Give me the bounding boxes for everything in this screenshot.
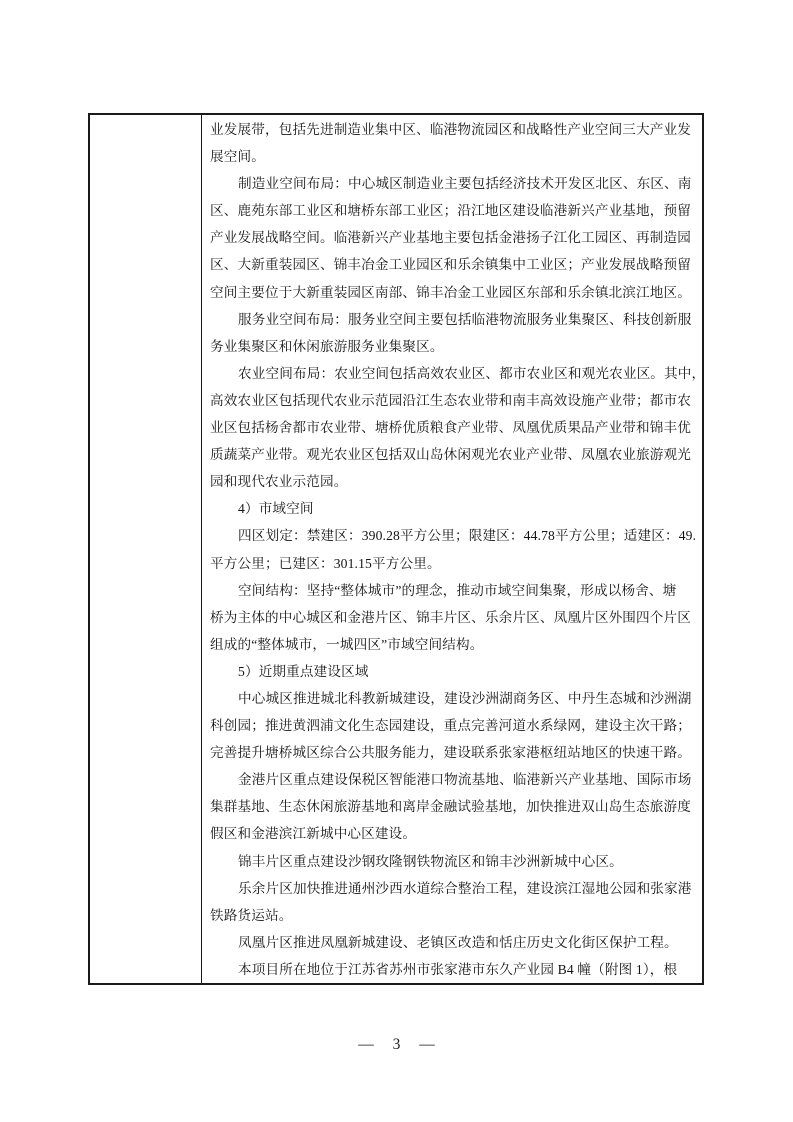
text-line: 乐余片区加快推进通州沙西水道综合整治工程，建设滨江湿地公园和张家港 [210, 875, 695, 902]
text-line: 4）市域空间 [210, 495, 695, 522]
text-line: 平方公里；已建区：301.15平方公里。 [210, 550, 695, 577]
text-line: 组成的“整体城市，一城四区”市域空间结构。 [210, 631, 695, 658]
text-line: 高效农业区包括现代农业示范园沿江生态农业带和南丰高效设施产业带；都市农 [210, 387, 695, 414]
text-line: 产业发展战略空间。临港新兴产业基地主要包括金港扬子江化工园区、再制造园 [210, 224, 695, 251]
page-footer: — 3 — [0, 1036, 793, 1054]
text-line: 业区包括杨舍都市农业带、塘桥优质粮食产业带、凤凰优质果品产业带和锦丰优 [210, 414, 695, 441]
text-line: 园和现代农业示范园。 [210, 468, 695, 495]
text-line: 空间结构：坚持“整体城市”的理念，推动市域空间集聚，形成以杨舍、塘 [210, 577, 695, 604]
text-line: 科创园；推进黄泗浦文化生态园建设，重点完善河道水系绿网，建设主次干路； [210, 712, 695, 739]
text-line: 区、鹿苑东部工业区和塘桥东部工业区；沿江地区建设临港新兴产业基地，预留 [210, 197, 695, 224]
table-left-cell [90, 115, 202, 983]
document-page: 业发展带，包括先进制造业集中区、临港物流园区和战略性产业空间三大产业发展空间。制… [0, 0, 793, 1122]
text-line: 农业空间布局：农业空间包括高效农业区、都市农业区和观光农业区。其中， [210, 360, 695, 387]
text-line: 业发展带，包括先进制造业集中区、临港物流园区和战略性产业空间三大产业发 [210, 116, 695, 143]
text-line: 服务业空间布局：服务业空间主要包括临港物流服务业集聚区、科技创新服 [210, 306, 695, 333]
page-number: — 3 — [358, 1036, 435, 1053]
text-line: 桥为主体的中心城区和金港片区、锦丰片区、乐余片区、凤凰片区外围四个片区 [210, 604, 695, 631]
text-line: 务业集聚区和休闲旅游服务业集聚区。 [210, 333, 695, 360]
text-line: 锦丰片区重点建设沙钢玫隆钢铁物流区和锦丰沙洲新城中心区。 [210, 848, 695, 875]
text-line: 凤凰片区推进凤凰新城建设、老镇区改造和恬庄历史文化街区保护工程。 [210, 929, 695, 956]
text-line: 铁路货运站。 [210, 902, 695, 929]
text-line: 本项目所在地位于江苏省苏州市张家港市东久产业园 B4 幢（附图 1），根 [210, 956, 695, 983]
content-lines: 业发展带，包括先进制造业集中区、临港物流园区和战略性产业空间三大产业发展空间。制… [210, 116, 695, 983]
text-line: 假区和金港滨江新城中心区建设。 [210, 820, 695, 847]
text-line: 区、大新重装园区、锦丰冶金工业园区和乐余镇集中工业区；产业发展战略预留 [210, 251, 695, 278]
text-line: 展空间。 [210, 143, 695, 170]
text-line: 空间主要位于大新重装园区南部、锦丰冶金工业园区东部和乐余镇北滨江地区。 [210, 279, 695, 306]
text-line: 制造业空间布局：中心城区制造业主要包括经济技术开发区北区、东区、南 [210, 170, 695, 197]
text-line: 中心城区推进城北科教新城建设，建设沙洲湖商务区、中丹生态城和沙洲湖 [210, 685, 695, 712]
text-line: 质蔬菜产业带。观光农业区包括双山岛休闲观光农业产业带、凤凰农业旅游观光 [210, 441, 695, 468]
text-line: 金港片区重点建设保税区智能港口物流基地、临港新兴产业基地、国际市场 [210, 766, 695, 793]
text-line: 完善提升塘桥城区综合公共服务能力，建设联系张家港枢纽站地区的快速干路。 [210, 739, 695, 766]
text-line: 四区划定：禁建区：390.28平方公里；限建区：44.78平方公里；适建区：49… [210, 522, 695, 549]
table-content-cell: 业发展带，包括先进制造业集中区、临港物流园区和战略性产业空间三大产业发展空间。制… [202, 115, 702, 983]
text-line: 集群基地、生态休闲旅游基地和离岸金融试验基地，加快推进双山岛生态旅游度 [210, 793, 695, 820]
text-line: 5）近期重点建设区域 [210, 658, 695, 685]
document-table: 业发展带，包括先进制造业集中区、临港物流园区和战略性产业空间三大产业发展空间。制… [88, 113, 704, 985]
